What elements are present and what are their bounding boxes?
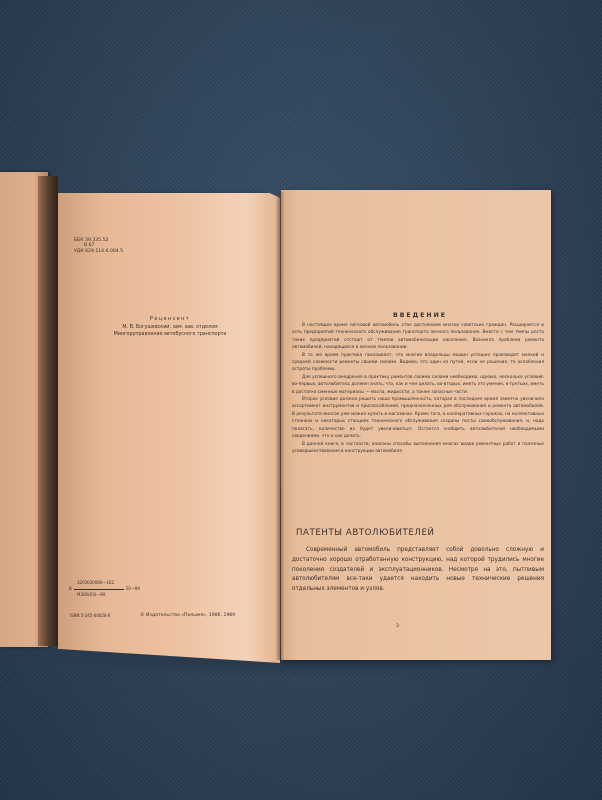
book-gutter xyxy=(276,192,284,660)
udk-code: УДК 629.114.6.004.5 xyxy=(74,249,123,254)
intro-paragraph: Для успешного внедрения в практику ремон… xyxy=(292,374,544,396)
imprint-block: 3203030000—162 В 20—89 М306(03)—89 xyxy=(69,580,140,598)
book-spine xyxy=(38,176,58,646)
intro-paragraph: Второе условие должна решить наша промыш… xyxy=(292,396,544,440)
intro-text: В настоящее время легковой автомобиль ст… xyxy=(292,322,544,455)
section-paragraph: Современный автомобиль представляет собо… xyxy=(292,546,544,595)
intro-title: ВВЕДЕНИЕ xyxy=(290,312,550,319)
copyright: © Издательство «Полымя», 1986, 1989 xyxy=(140,613,235,618)
intro-paragraph: В то же время практика показывает, что м… xyxy=(292,352,544,374)
imprint-denominator: М306(03)—89 xyxy=(69,592,140,598)
intro-paragraph: В настоящее время легковой автомобиль ст… xyxy=(292,322,544,352)
reviewer-affiliation: Мингоруправления автобусного транспорта xyxy=(70,332,270,338)
reviewer-heading: Рецензент xyxy=(70,315,270,324)
classification-block: ББК 39.335.52 В 67 УДК 629.114.6.004.5 xyxy=(74,238,123,254)
intro-paragraph: В данной книге, в частности, описаны спо… xyxy=(292,441,544,456)
reviewer-block: Рецензент М. В. Богушевский, зам. зав. о… xyxy=(70,315,270,338)
isbn: ISBN 5-345-00028-X xyxy=(70,613,111,618)
section-title: ПАТЕНТЫ АВТОЛЮБИТЕЛЕЙ xyxy=(296,528,435,538)
fraction-line xyxy=(74,589,124,590)
imprint-suffix: 20—89 xyxy=(126,586,140,592)
page-number: 3 xyxy=(396,624,399,629)
imprint-prefix: В xyxy=(69,586,72,592)
reviewer-name: М. В. Богушевский, зам. зав. отделом xyxy=(70,324,270,332)
section-text: Современный автомобиль представляет собо… xyxy=(292,546,544,595)
